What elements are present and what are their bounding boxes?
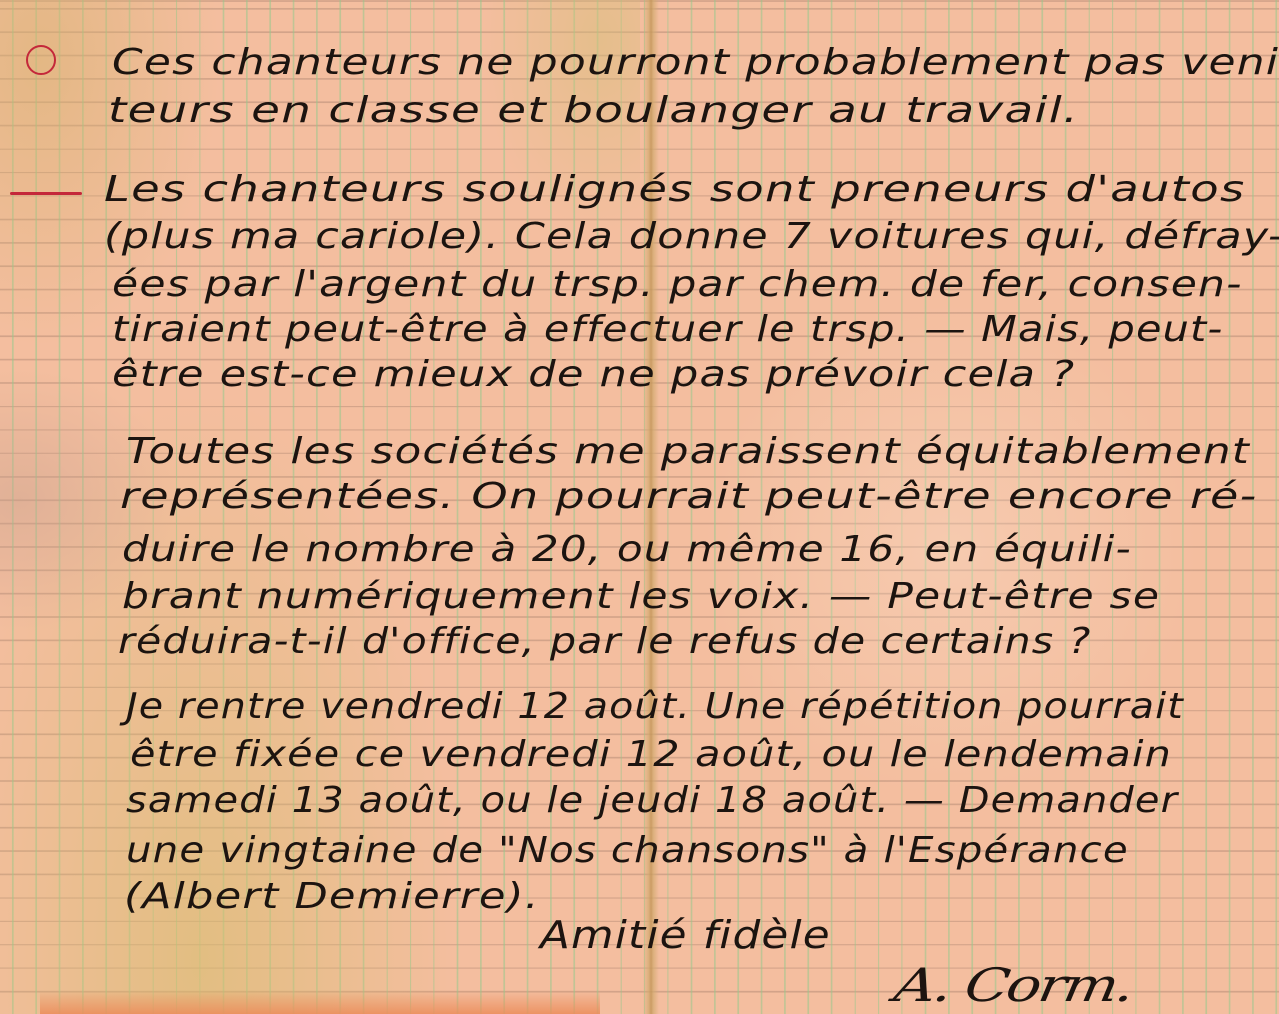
text-line: samedi 13 août, ou le jeudi 18 août. — D…	[126, 776, 1178, 826]
text-line: une vingtaine de "Nos chansons" à l'Espé…	[126, 826, 1129, 876]
red-dash-margin-icon	[10, 192, 82, 195]
text-line: Je rentre vendredi 12 août. Une répétiti…	[126, 682, 1184, 732]
text-line: ées par l'argent du trsp. par chem. de f…	[112, 260, 1243, 310]
text-line: être fixée ce vendredi 12 août, ou le le…	[130, 730, 1172, 780]
text-line: Ces chanteurs ne pourront probablement p…	[112, 38, 1279, 88]
signature: A. Corm.	[890, 958, 1136, 1012]
text-line: duire le nombre à 20, ou même 16, en équ…	[122, 525, 1132, 575]
text-line: teurs en classe et boulanger au travail.	[108, 86, 1079, 136]
text-line: réduira-t-il d'office, par le refus de c…	[118, 617, 1091, 667]
red-circle-margin-icon	[26, 45, 56, 75]
text-line: (plus ma cariole). Cela donne 7 voitures…	[104, 212, 1279, 262]
text-line: Toutes les sociétés me paraissent équita…	[126, 427, 1250, 477]
closing-text: Amitié fidèle	[540, 913, 831, 957]
letter-page: Ces chanteurs ne pourront probablement p…	[0, 0, 1279, 1014]
text-line: (Albert Demierre).	[124, 872, 540, 922]
text-line: Les chanteurs soulignés sont preneurs d'…	[104, 165, 1245, 215]
text-line: brant numériquement les voix. — Peut-êtr…	[122, 572, 1160, 622]
text-line: être est-ce mieux de ne pas prévoir cela…	[112, 350, 1075, 400]
text-line: représentées. On pourrait peut-être enco…	[120, 472, 1258, 522]
paper-stain-bottom	[40, 990, 600, 1014]
text-line: tiraient peut-être à effectuer le trsp. …	[112, 305, 1223, 355]
